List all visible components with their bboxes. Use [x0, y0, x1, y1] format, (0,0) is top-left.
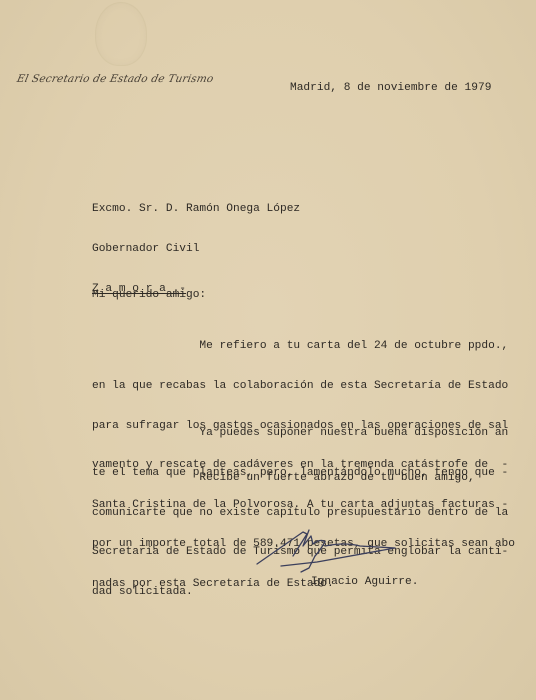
text-line: en la que recabas la colaboración de est… [92, 380, 515, 393]
handwritten-signature-icon [245, 522, 415, 582]
recipient-title: Excmo. Sr. D. Ramón Onega López [92, 203, 300, 216]
letterhead: El Secretario de Estado de Turismo [16, 73, 215, 85]
closing-line: Recibe un fuerte abrazo de tu buen amigo… [92, 472, 475, 485]
letter-page: El Secretario de Estado de Turismo Madri… [0, 0, 536, 700]
text-line: Ya puedes suponer nuestra buena disposic… [92, 427, 508, 440]
salutation: Mi querido amigo: [92, 289, 206, 302]
text-line: comunicarte que no existe capítulo presu… [92, 507, 508, 520]
text-line: Me refiero a tu carta del 24 de octubre … [92, 340, 515, 353]
date-line: Madrid, 8 de noviembre de 1979 [290, 82, 491, 95]
signatory-name: Ignacio Aguirre. [311, 576, 418, 589]
recipient-position: Gobernador Civil [92, 243, 300, 256]
embossed-seal-icon [95, 2, 147, 66]
paragraph-2: Ya puedes suponer nuestra buena disposic… [92, 401, 508, 625]
text-line: dad solicitada. [92, 586, 508, 599]
